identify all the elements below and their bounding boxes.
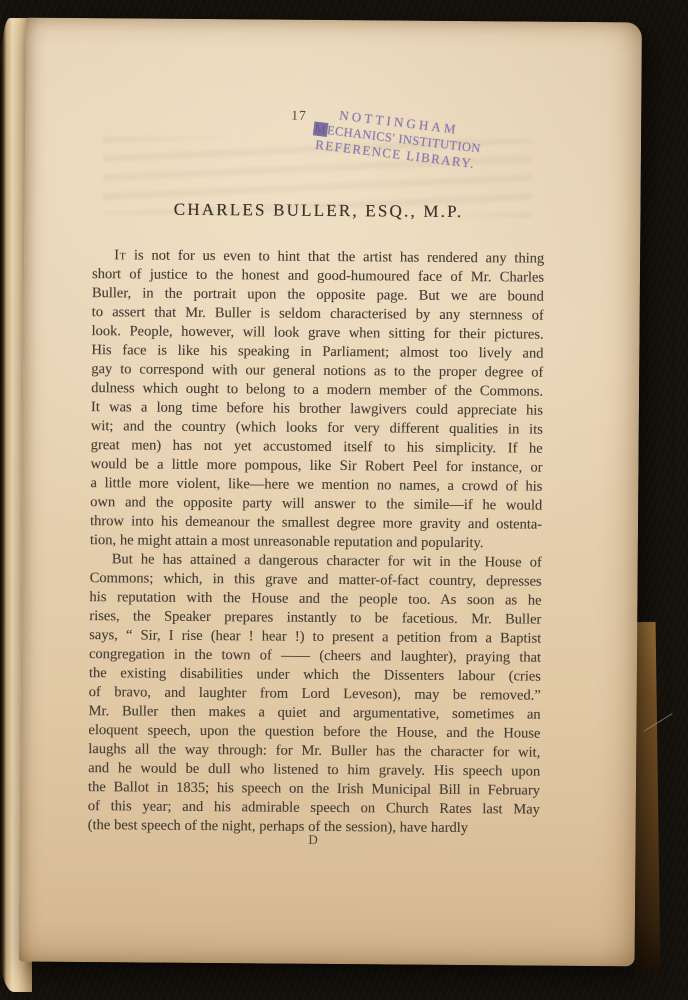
drop-word: It (114, 247, 126, 263)
book-photograph: 17 NOTTINGHAM MECHANICS' INSTITUTION REF… (0, 0, 688, 1000)
article-body: It is not for us even to hint that the a… (88, 246, 545, 839)
text-line-rest: is not for us even to hint that the arti… (134, 247, 544, 266)
book-page: 17 NOTTINGHAM MECHANICS' INSTITUTION REF… (19, 18, 642, 967)
signature-mark: D (88, 830, 540, 850)
article-title: CHARLES BULLER, ESQ., M.P. (92, 199, 544, 223)
